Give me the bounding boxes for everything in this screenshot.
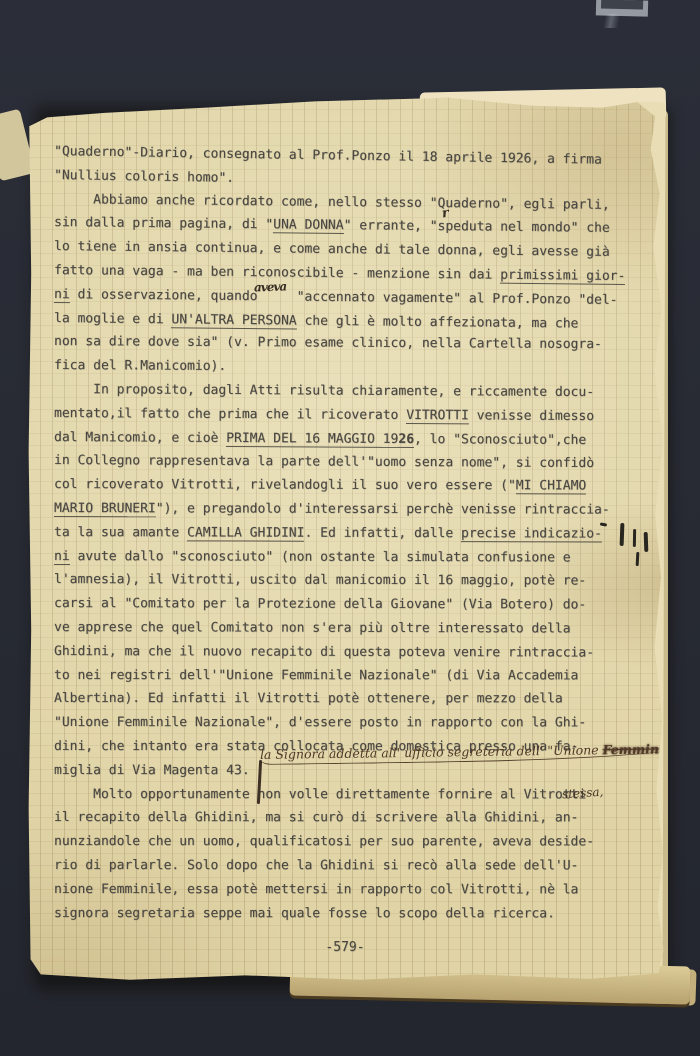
typed-line: non sa dire dove sia" (v. Primo esame cl… — [54, 330, 636, 357]
typed-line: to nei registri dell'"Unione Femminile N… — [54, 664, 636, 688]
typed-line: Molto opportunamente non volle direttame… — [54, 783, 636, 807]
typed-line: il recapito della Ghidini, ma si curò di… — [54, 806, 636, 830]
typed-line: nunziandole che un uomo, qualificatosi p… — [54, 830, 636, 854]
page-number: -579- — [54, 938, 636, 958]
margin-pen-stroke — [636, 552, 640, 566]
margin-pen-stroke — [620, 523, 625, 546]
typed-text: "Quaderno"-Diario, consegnato al Prof.Po… — [54, 140, 636, 925]
typed-line: mentato,il fatto che prima che il ricove… — [54, 402, 636, 429]
typed-line: "Unione Femminile Nazionale", d'essere p… — [54, 711, 636, 735]
typed-line: nione Femminile, essa potè mettersi in r… — [54, 878, 636, 902]
typed-line: Ghidini, ma che il nuovo recapito di que… — [54, 640, 636, 665]
handwritten-insert-stessa: stessa, — [562, 785, 604, 802]
handwritten-insert-aveva: aveva — [254, 279, 287, 294]
scratch-mark — [578, 14, 644, 28]
corner-sticker-label — [601, 0, 643, 10]
typed-line: l'amnesia), il Vitrotti, uscito dal mani… — [54, 568, 636, 593]
typed-line: Albertina). Ed infatti il Vitrotti potè … — [54, 687, 636, 711]
typed-line: signora segretaria seppe mai quale fosse… — [54, 902, 636, 926]
typed-line: ve apprese che quel Comitato non s'era p… — [54, 616, 636, 641]
typed-line: ta la sua amante CAMILLA GHIDINI. Ed inf… — [54, 521, 636, 546]
margin-pen-stroke — [633, 529, 636, 547]
typed-line: rio di parlarle. Solo dopo che la Ghidin… — [54, 854, 636, 878]
margin-note-struck-word: Femmin — [603, 741, 660, 757]
typed-line: ni avute dallo "sconosciuto" (non ostant… — [54, 545, 636, 570]
typed-line: fica del R.Manicomio). — [54, 354, 636, 381]
document-page: "Quaderno"-Diario, consegnato al Prof.Po… — [28, 96, 666, 986]
typed-line: col ricoverato Vitrotti, rivelandogli il… — [54, 473, 636, 498]
typed-line: MARIO BRUNERI"), e pregandolo d'interess… — [54, 497, 636, 522]
archival-scan: "Quaderno"-Diario, consegnato al Prof.Po… — [0, 0, 700, 1056]
margin-pen-stroke — [644, 532, 648, 552]
typed-line: carsi al "Comitato per la Protezione del… — [54, 592, 636, 617]
typed-line: In proposito, dagli Atti risulta chiaram… — [54, 378, 636, 405]
